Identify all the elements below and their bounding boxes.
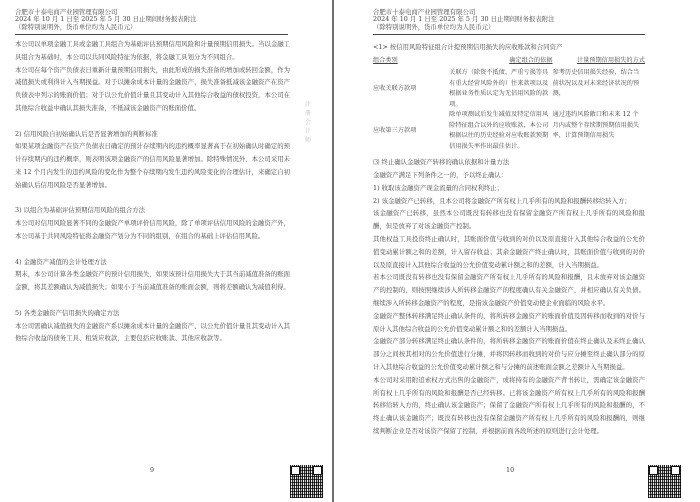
paragraph: 本公司对信用风险显著不同的金融资产单项评价信用风险，除了单项评估信用风险的金融资… [15,217,290,243]
paragraph: 其他权益工具投资终止确认时，其账面价值与收到的对价以及原直接计入其他综合收益的公… [373,233,645,271]
paragraph: 2) 该金融资产已转移，且本公司将金融资产所有权上几乎所有的风险和报酬转移给转入… [373,195,645,208]
table-cell-method: 通过违约风险敞口和未来 12 个月内或整个存续期预期信用损失率，计算预期信用损失 [553,110,645,152]
section-heading: 5) 各类金融资产信用损失的确定方法 [15,307,290,320]
page-body: 本公司以单项金融工具或金融工具组合为基础评估预期信用风险和计量预期信用损失。当以… [15,38,290,345]
document-page-10: 合肥市十泰电商产业园管理有限公司 2024 年 10 月 1 日至 2025 年… [334,0,700,502]
paragraph: 本公司对采用附追索权方式出售的金融资产，或将持有的金融资产背书转让，需确定该金融… [373,374,645,438]
column-header: 确定组合的依据 [449,56,552,69]
page-body: <1> 按信用风险特征组合计提预期信用损失的应收账款和合同资产 组合类别 确定组… [373,41,645,438]
table-cell-category: 应收第三方款项 [373,110,449,152]
section-heading: ⑶ 终止确认金融资产转移的确认依据和计量方法 [373,156,645,169]
header-rule [15,34,288,35]
page-number: 10 [506,466,514,474]
paragraph: 金融资产满足下列条件之一的，予以终止确认： [373,169,645,182]
column-header: 计量预期信用损失的方式 [553,56,645,69]
page-number: 9 [150,466,154,474]
margin-stamp: 注册会计师 [305,100,313,156]
paragraph: 本公司需确认减值损失的金融资产系以摊余成本计量的金融资产、以公允价值计量且其变动… [15,320,290,346]
paragraph: 1) 收取该金融资产现金流量的合同权利终止； [373,182,645,195]
table-cell-category: 应收关联方款项 [373,68,449,110]
section-heading: <1> 按信用风险特征组合计提预期信用损失的应收账款和合同资产 [373,41,645,54]
paragraph: 若本公司既没有转移也没有保留金融资产所有权上几乎所有的风险和报酬，且未放弃对该金… [373,271,645,309]
table-row: 应收第三方款项 除单项测试后发生减值及特定信用风险特征组合以外的应收账款，本公司… [373,110,645,152]
paragraph: 金融资产部分转移满足终止确认条件的，将所转移金融资产的账面价值在终止确认及未终止… [373,335,645,373]
paragraph: 该金融资产已转移，虽然本公司既没有转移也没有保留金融资产所有权上几乎所有的风险和… [373,207,645,233]
section-heading: 4) 金融资产减值的会计处理方法 [15,256,290,269]
paragraph: 如果某项金融资产在资产负债表日确定的预计存续期内的违约概率显著高于在初始确认时确… [15,140,290,191]
page-header: 合肥市十泰电商产业园管理有限公司 2024 年 10 月 1 日至 2025 年… [15,9,197,31]
qr-code-icon [648,465,681,498]
paragraph: 本公司以单项金融工具或金融工具组合为基础评估预期信用风险和计量预期信用损失。当以… [15,38,290,64]
currency-note: （除特别说明外，货币单位均为人民币元） [373,24,555,31]
paragraph: 本公司在每个资产负债表日重新计量预期信用损失，由此形成的损失准备的增加或转回金额… [15,64,290,115]
document-page-9: 合肥市十泰电商产业园管理有限公司 2024 年 10 月 1 日至 2025 年… [0,0,333,502]
table-cell-basis: 除单项测试后发生减值及特定信用风险特征组合以外的应收账款，本公司根据以往的历史经… [449,110,552,152]
table-cell-method: 参考历史信用损失经验，结合当前状况以及对未来经济状况的预测， [553,68,645,110]
table-row: 应收关联方款项 关联方（除资不抵债、严重亏损等具有重大经营风险外的）往来款项以及… [373,68,645,110]
qr-code-icon [290,465,323,498]
header-rule [373,34,645,35]
table-cell-basis: 关联方（除资不抵债、严重亏损等具有重大经营风险外的）往来款项以及根据业务性质认定… [449,68,552,110]
paragraph: 期末，本公司计算各类金融资产的预计信用损失，如果该预计信用损失大于其当前减值准备… [15,268,290,294]
page-header: 合肥市十泰电商产业园管理有限公司 2024 年 10 月 1 日至 2025 年… [373,9,555,31]
section-heading: 3) 以组合为基础评估预期信用风险的组合方法 [15,204,290,217]
section-heading: 2) 信用风险自初始确认后是否显著增加的判断标准 [15,128,290,141]
column-header: 组合类别 [373,56,449,69]
paragraph: 金融资产整体转移满足终止确认条件的，将所转移金融资产的账面价值及因转移而收到的对… [373,310,645,336]
credit-loss-portfolio-table: 组合类别 确定组合的依据 计量预期信用损失的方式 应收关联方款项 关联方（除资不… [373,56,645,153]
currency-note: （除特别说明外，货币单位均为人民币元） [15,24,197,31]
